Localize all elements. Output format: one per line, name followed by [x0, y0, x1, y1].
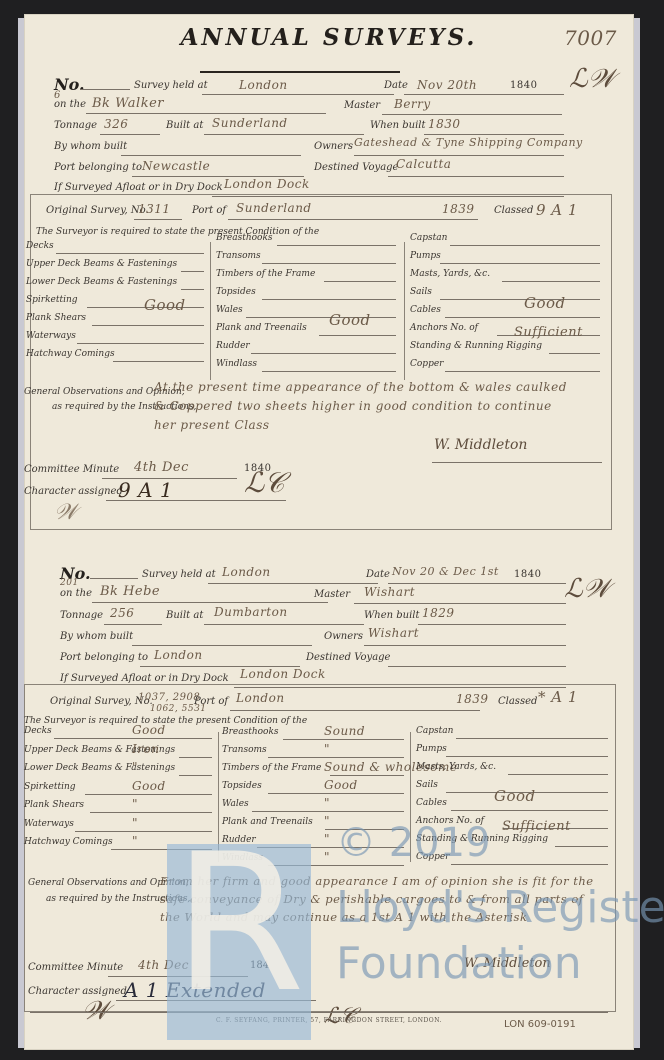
surveyor-required-label: The Surveyor is required to state the pr… [36, 227, 319, 237]
classed-label-2: Classed [498, 696, 537, 707]
condition-label: Timbers of the Frame [216, 269, 315, 279]
survey-1-when-built: 1830 [428, 117, 461, 131]
corner-signature-2: ℒ𝒲 [564, 574, 610, 605]
condition-label: Spirketting [26, 295, 78, 305]
watermark-line-2: Foundation [336, 938, 582, 989]
destined-voyage-label: Destined Voyage [314, 162, 398, 173]
survey-2-classed: * A 1 [538, 688, 578, 706]
document-title: ANNUAL SURVEYS. [24, 24, 634, 51]
condition-line [252, 811, 404, 812]
condition-line [113, 361, 204, 362]
condition-label: Breasthooks [222, 727, 279, 737]
survey-held-at-label-2: Survey held at [142, 569, 216, 580]
condition-line [555, 846, 608, 847]
by-whom-built-label: By whom built [54, 141, 127, 152]
survey-2-anchors: Sufficient [502, 819, 571, 834]
classed-label: Classed [494, 205, 533, 216]
condition-line [179, 775, 212, 776]
tonnage-label-2: Tonnage [60, 610, 103, 621]
survey-1-original-year: 1839 [442, 202, 475, 216]
on-the-label-2: on the [60, 588, 92, 599]
survey-1-year: 1840 [510, 80, 537, 91]
condition-label: Lower Deck Beams & Fastenings [24, 763, 175, 773]
watermark-line-1: Lloyd's Register [336, 882, 664, 933]
survey-2-equipment-condition: Good [494, 787, 536, 805]
archive-reference: LON 609-0191 [504, 1019, 576, 1030]
condition-label: Decks [24, 726, 52, 736]
survey-2-tonnage: 256 [110, 606, 134, 620]
corner-signature-1: ℒ𝒲 [569, 64, 615, 95]
date-label-2: Date [366, 569, 390, 580]
condition-label: Capstan [416, 726, 453, 736]
condition-value: Good [132, 779, 166, 793]
condition-value: " [132, 834, 138, 848]
destined-voyage-label-2: Destined Voyage [306, 652, 390, 663]
survey-2-no: 201 [60, 578, 79, 588]
survey-2-when-built: 1829 [422, 606, 455, 620]
condition-label: Plank and Treenails [216, 323, 307, 333]
condition-value: " [324, 850, 330, 864]
condition-line [246, 317, 396, 318]
survey-1-hull-condition: Good [144, 296, 186, 314]
condition-line [92, 325, 204, 326]
title-rule [200, 71, 400, 73]
condition-value: " [324, 814, 330, 828]
condition-value: Good [132, 723, 166, 737]
condition-label: Anchors No. of [410, 323, 478, 333]
survey-1-anchors: Sufficient [514, 325, 583, 340]
port-of-label: Port of [192, 205, 226, 216]
condition-label: Hatchway Comings [26, 349, 115, 359]
condition-label: Timbers of the Frame [222, 763, 321, 773]
condition-line [262, 299, 396, 300]
afloat-label-2: If Surveyed Afloat or in Dry Dock [60, 673, 229, 684]
survey-2-year: 1840 [514, 569, 541, 580]
condition-label: Rudder [216, 341, 250, 351]
built-at-label: Built at [166, 120, 203, 131]
when-built-label: When built [370, 120, 426, 131]
survey-1-destined-voyage: Calcutta [396, 157, 451, 171]
survey-1-character-assigned: 9 A 1 [118, 478, 173, 502]
condition-line [446, 756, 608, 757]
date-label: Date [384, 80, 408, 91]
condition-label: Waterways [26, 331, 76, 341]
condition-label: Wales [216, 305, 243, 315]
condition-line [549, 353, 600, 354]
survey-document: ANNUAL SURVEYS. 7007 ℒ𝒲 No. 6 Survey hel… [24, 14, 634, 1050]
survey-2-port-belonging: London [154, 648, 203, 662]
condition-line [268, 757, 404, 758]
survey-1-frame-condition: Good [329, 311, 371, 329]
survey-1-port-of: Sunderland [236, 201, 312, 215]
condition-line [445, 317, 600, 318]
condition-line [330, 775, 404, 776]
condition-line [77, 343, 204, 344]
on-the-label: on the [54, 99, 86, 110]
condition-line [262, 263, 396, 264]
condition-label: Copper [410, 359, 443, 369]
condition-line [456, 738, 608, 739]
condition-label: Transoms [222, 745, 267, 755]
survey-2-original-no: 1037, 2908 [138, 692, 200, 703]
condition-value: " [324, 832, 330, 846]
survey-2-held-at: London [222, 565, 271, 579]
condition-label: Upper Deck Beams & Fastenings [26, 259, 177, 269]
survey-1-observations: At the present time appearance of the bo… [154, 378, 574, 435]
folio-number: 7007 [564, 26, 617, 50]
condition-label: Transoms [216, 251, 261, 261]
condition-label: Sails [410, 287, 432, 297]
condition-line [440, 263, 600, 264]
survey-1-held-at: London [239, 78, 288, 92]
port-belonging-label: Port belonging to [54, 162, 142, 173]
survey-1-master: Berry [394, 97, 431, 111]
condition-label: Breasthooks [216, 233, 273, 243]
condition-line [324, 281, 396, 282]
original-survey-label: Original Survey, No. [46, 205, 149, 216]
survey-2-port-of: London [236, 691, 285, 705]
condition-label: Wales [222, 799, 249, 809]
condition-line [502, 281, 600, 282]
condition-value: Iron [132, 742, 159, 756]
survey-1-afloat: London Dock [224, 177, 310, 191]
survey-2-built-at: Dumbarton [214, 605, 288, 619]
master-label-2: Master [314, 589, 350, 600]
condition-label: Capstan [410, 233, 447, 243]
condition-line [85, 794, 212, 795]
survey-1-classed: 9 A 1 [536, 201, 578, 219]
condition-line [450, 245, 600, 246]
condition-label: Spirketting [24, 782, 76, 792]
condition-label: Windlass [216, 359, 257, 369]
condition-line [56, 253, 204, 254]
by-whom-built-label-2: By whom built [60, 631, 133, 642]
condition-label: Decks [26, 241, 54, 251]
port-of-label-2: Port of [194, 696, 228, 707]
condition-line [181, 289, 204, 290]
condition-value: " [132, 760, 138, 774]
condition-label: Cables [410, 305, 441, 315]
condition-line [268, 793, 404, 794]
owners-label: Owners [314, 141, 353, 152]
condition-line [445, 371, 600, 372]
afloat-label: If Surveyed Afloat or in Dry Dock [54, 182, 223, 193]
condition-value: Sound [324, 724, 365, 738]
committee-minute-label-2: Committee Minute [28, 962, 123, 973]
survey-1-margin-mark: 𝒲 [54, 500, 77, 525]
condition-line [262, 371, 396, 372]
condition-line [440, 299, 600, 300]
watermark-logo-letter: R [167, 826, 311, 1022]
built-at-label-2: Built at [166, 610, 203, 621]
condition-label: Plank Shears [24, 800, 84, 810]
survey-2-afloat: London Dock [240, 667, 326, 681]
master-label: Master [344, 100, 380, 111]
when-built-label-2: When built [364, 610, 420, 621]
committee-minute-label: Committee Minute [24, 464, 119, 475]
survey-2-master: Wishart [364, 585, 415, 599]
tonnage-label: Tonnage [54, 120, 97, 131]
condition-line [283, 739, 404, 740]
condition-label: Pumps [410, 251, 441, 261]
character-assigned-label-2: Character assigned [28, 986, 127, 997]
condition-label: Topsides [222, 781, 262, 791]
survey-1-owners: Gateshead & Tyne Shipping Company [354, 136, 583, 149]
condition-label: Hatchway Comings [24, 837, 113, 847]
condition-line [179, 757, 212, 758]
condition-label: Topsides [216, 287, 256, 297]
condition-value: Good [324, 778, 358, 792]
condition-line [251, 353, 396, 354]
survey-1-date: Nov 20th [417, 78, 477, 92]
condition-label: Masts, Yards, &c. [410, 269, 490, 279]
condition-value: " [132, 816, 138, 830]
survey-1-built-at: Sunderland [212, 116, 288, 130]
condition-line [319, 335, 396, 336]
character-assigned-label: Character assigned [24, 486, 123, 497]
survey-2-owners: Wishart [368, 626, 419, 640]
condition-label: Cables [416, 798, 447, 808]
condition-value: " [324, 796, 330, 810]
survey-1-surveyor-signature: W. Middleton [434, 437, 527, 453]
condition-label: Waterways [24, 819, 74, 829]
condition-label: Lower Deck Beams & Fastenings [26, 277, 177, 287]
condition-line [54, 738, 212, 739]
condition-label: Pumps [416, 744, 447, 754]
survey-1-equipment-condition: Good [524, 294, 566, 312]
owners-label-2: Owners [324, 631, 363, 642]
survey-2-date: Nov 20 & Dec 1st [392, 565, 499, 578]
survey-1-committee-minute: 4th Dec [134, 460, 189, 475]
condition-label: Standing & Running Rigging [410, 341, 542, 351]
survey-1-committee-initials: ℒ𝒞 [244, 466, 285, 500]
condition-value: " [132, 797, 138, 811]
survey-held-at-label: Survey held at [134, 80, 208, 91]
survey-1-port-belonging: Newcastle [142, 159, 210, 173]
survey-1-vessel: Bk Walker [92, 96, 164, 111]
condition-label: Sails [416, 780, 438, 790]
condition-line [508, 774, 608, 775]
condition-line [277, 245, 396, 246]
survey-2-vessel: Bk Hebe [100, 584, 160, 599]
condition-label: Masts, Yards, &c. [416, 762, 496, 772]
survey-2-original-year: 1839 [456, 692, 489, 706]
watermark-copyright: © 2019 [336, 820, 491, 866]
condition-value: " [324, 742, 330, 756]
condition-line [451, 810, 608, 811]
survey-1-original-no: 1311 [138, 202, 171, 216]
survey-1-tonnage: 326 [104, 117, 128, 131]
condition-line [181, 271, 204, 272]
port-belonging-label-2: Port belonging to [60, 652, 148, 663]
condition-label: Plank Shears [26, 313, 86, 323]
